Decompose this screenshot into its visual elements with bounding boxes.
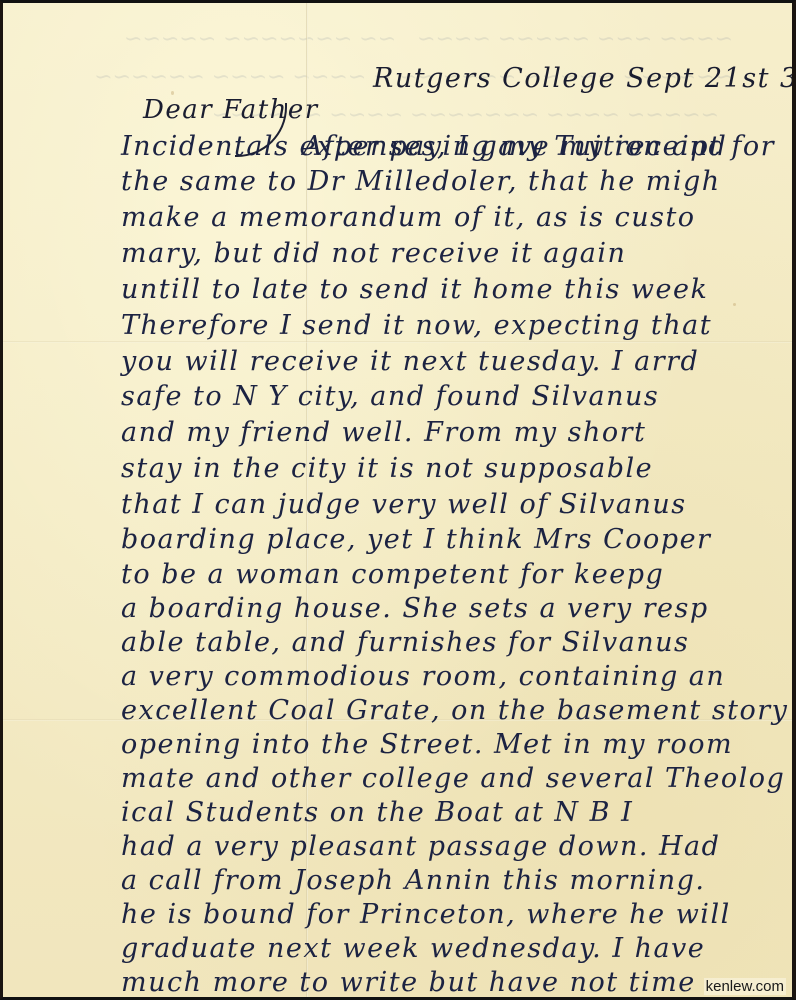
letter-line: stay in the city it is not supposable xyxy=(121,453,653,484)
letter-line: mate and other college and several Theol… xyxy=(121,763,785,794)
letter-line: make a memorandum of it, as is custo xyxy=(121,202,696,233)
letter-line: you will receive it next tuesday. I arrd xyxy=(121,346,699,377)
letter-line: the same to Dr Milledoler, that he migh xyxy=(121,166,721,197)
letter-dateline: Rutgers College Sept 21st 39. xyxy=(373,63,796,94)
letter-line: a very commodious room, containing an xyxy=(121,661,725,692)
letter-line: a call from Joseph Annin this morning. xyxy=(121,865,706,896)
watermark: kenlew.com xyxy=(704,978,786,995)
letter-line: to be a woman competent for keepg xyxy=(121,559,664,590)
letter-line: and my friend well. From my short xyxy=(121,417,646,448)
paper-spot xyxy=(733,303,736,306)
horizontal-fold-line xyxy=(3,341,792,343)
letter-line: ical Students on the Boat at N B I xyxy=(121,797,633,828)
letter-page: ~~~~ ~~~ ~~~~~ ~~~~ ~~ ~~~~~~~ ~~~~~ ~~~… xyxy=(0,0,796,1000)
letter-line: safe to N Y city, and found Silvanus xyxy=(121,381,659,412)
letter-line: had a very pleasant passage down. Had xyxy=(121,831,720,862)
letter-line: Therefore I send it now, expecting that xyxy=(121,310,712,341)
letter-line: a boarding house. She sets a very resp xyxy=(121,593,709,624)
letter-line: boarding place, yet I think Mrs Cooper xyxy=(121,524,711,555)
letter-line: that I can judge very well of Silvanus xyxy=(121,489,687,520)
letter-line: mary, but did not receive it again xyxy=(121,238,626,269)
letter-line: graduate next week wednesday. I have xyxy=(121,933,705,964)
letter-salutation: Dear Father xyxy=(143,95,319,125)
letter-line: able table, and furnishes for Silvanus xyxy=(121,627,689,658)
letter-line: untill to late to send it home this week xyxy=(121,274,708,305)
letter-line: opening into the Street. Met in my room xyxy=(121,729,733,760)
letter-line: much more to write but have not time xyxy=(121,967,696,998)
letter-line: excellent Coal Grate, on the basement st… xyxy=(121,695,788,726)
letter-line: he is bound for Princeton, where he will xyxy=(121,899,731,930)
letter-line: Incidentals expenses, I gave my receipt … xyxy=(121,131,775,162)
